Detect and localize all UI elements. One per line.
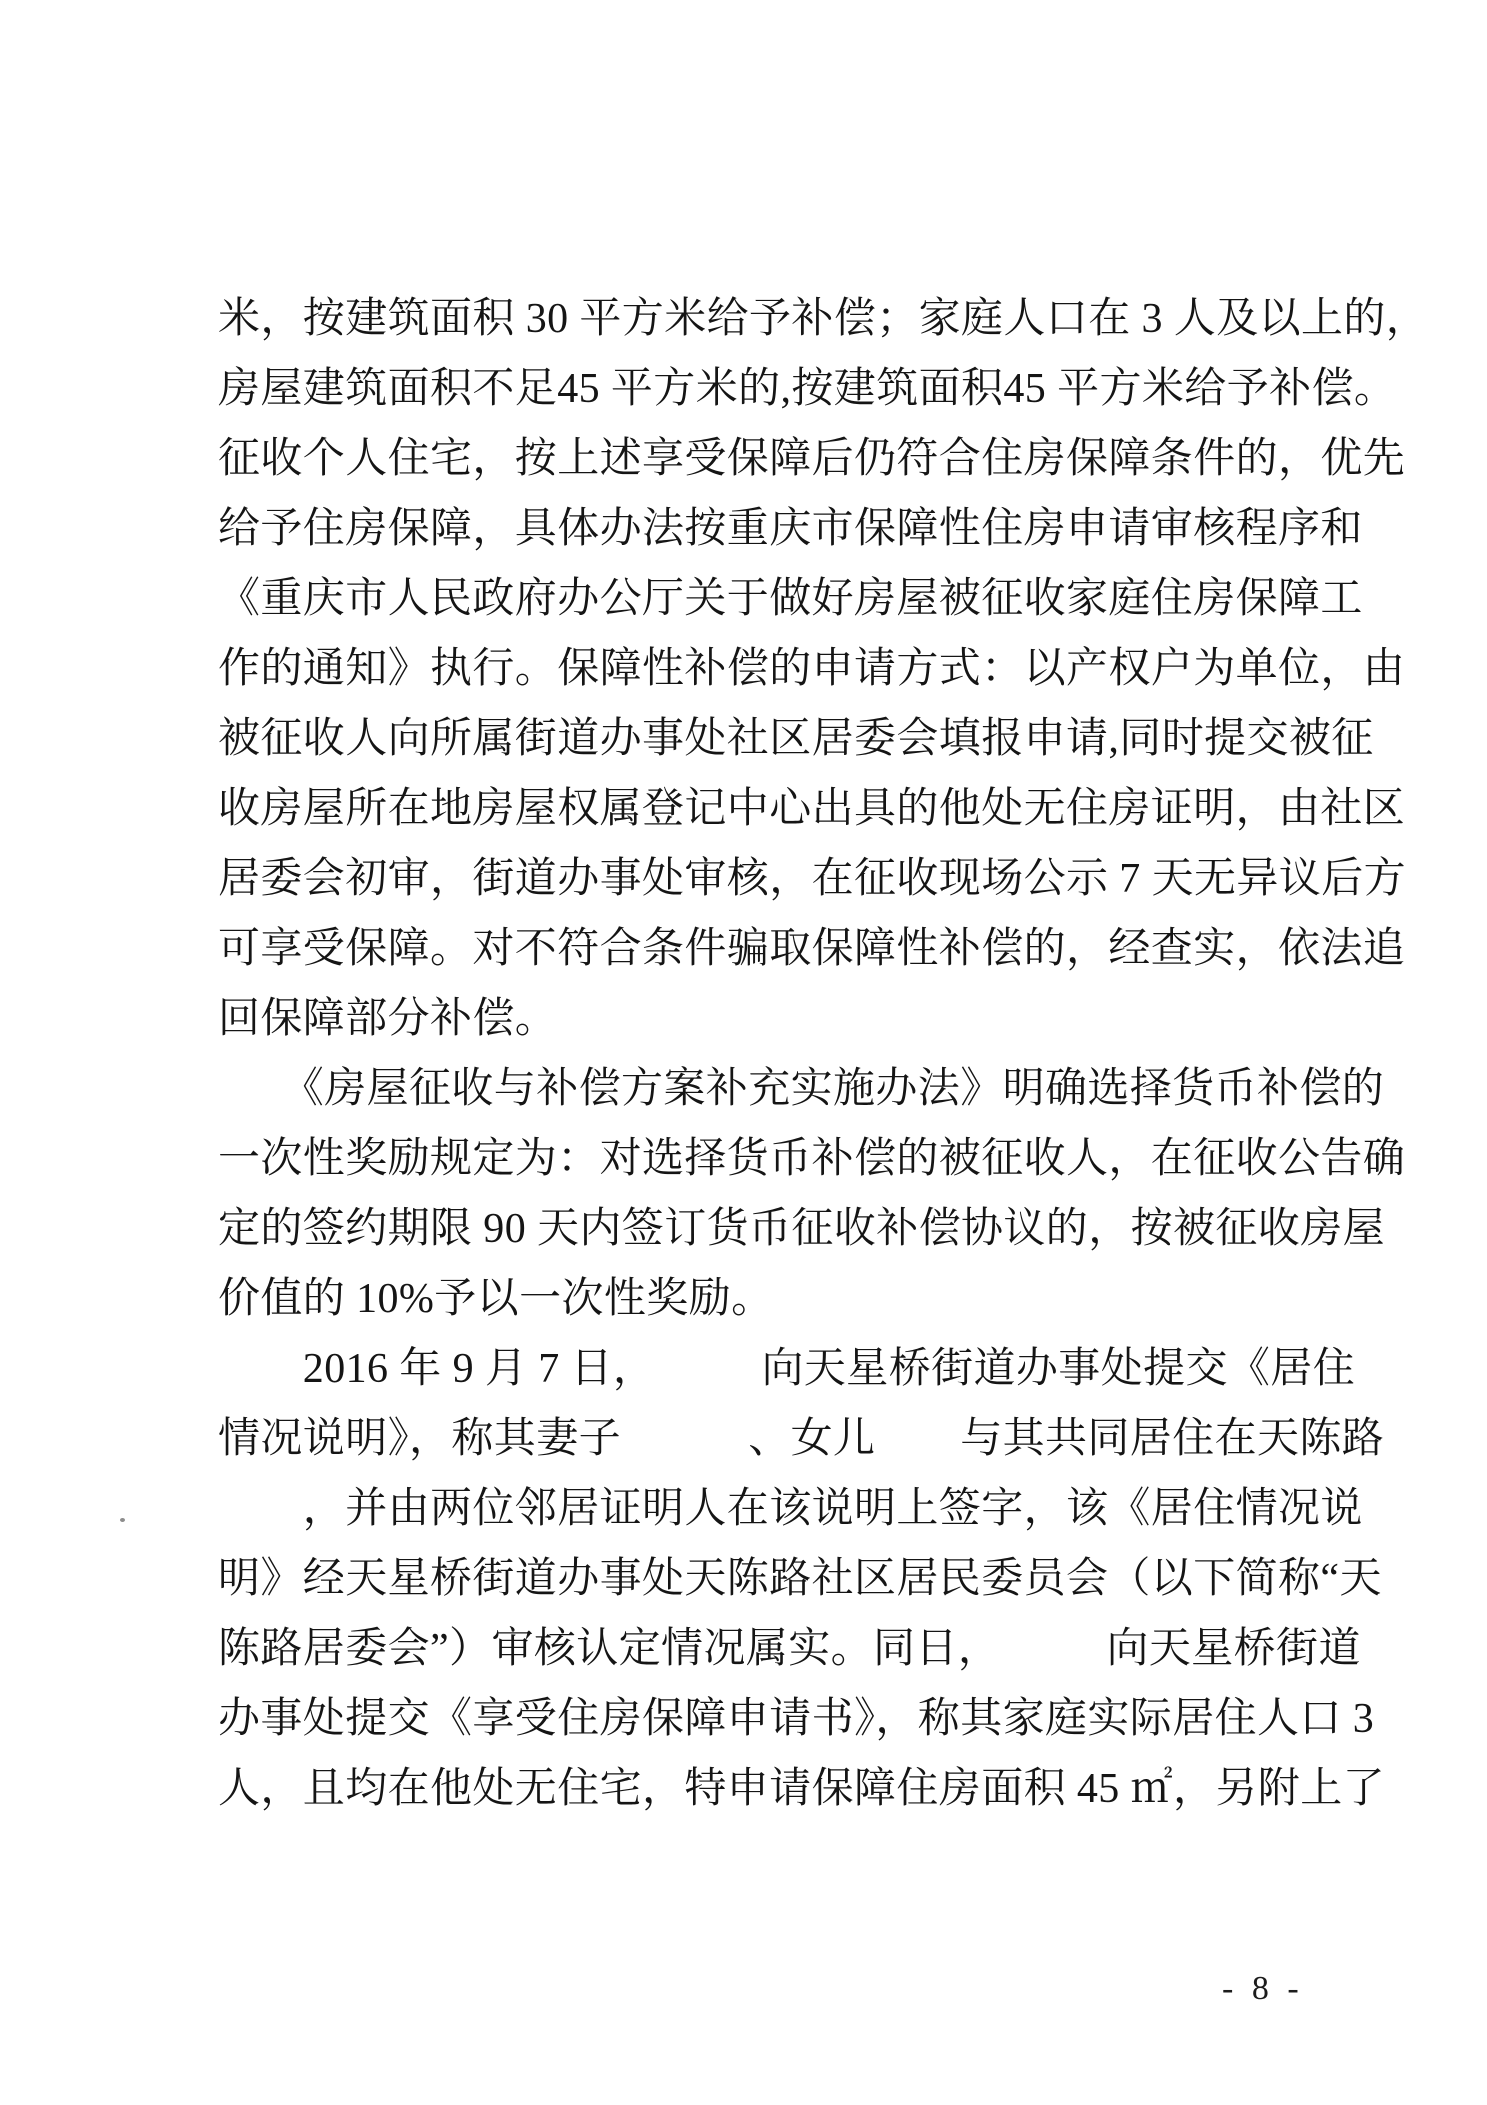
text-line: 价值的 10%予以一次性奖励。: [218, 1264, 1340, 1334]
text-line: 回保障部分补偿。: [218, 984, 1340, 1054]
text-line: 被征收人向所属街道办事处社区居委会填报申请,同时提交被征: [218, 704, 1340, 774]
text-line: ，并由两位邻居证明人在该说明上签字，该《居住情况说: [218, 1474, 1340, 1544]
text-line: 收房屋所在地房屋权属登记中心出具的他处无住房证明，由社区: [218, 774, 1340, 844]
text-line: 一次性奖励规定为：对选择货币补偿的被征收人，在征收公告确: [218, 1124, 1340, 1194]
text-line: 《房屋征收与补偿方案补充实施办法》明确选择货币补偿的: [218, 1054, 1340, 1124]
para-monetary-compensation-reward: 《房屋征收与补偿方案补充实施办法》明确选择货币补偿的一次性奖励规定为：对选择货币…: [218, 1054, 1340, 1334]
text-line: 办事处提交《享受住房保障申请书》，称其家庭实际居住人口 3: [218, 1684, 1340, 1754]
text-line: 给予住房保障，具体办法按重庆市保障性住房申请审核程序和: [218, 494, 1340, 564]
scanned-document-page: 米，按建筑面积 30 平方米给予补偿；家庭人口在 3 人及以上的，房屋建筑面积不…: [0, 0, 1487, 2105]
text-line: 居委会初审，街道办事处审核，在征收现场公示 7 天无异议后方: [218, 844, 1340, 914]
text-line: 可享受保障。对不符合条件骗取保障性补偿的，经查实，依法追: [218, 914, 1340, 984]
scan-speck-artifact: [120, 1518, 125, 1522]
text-line: 明》经天星桥街道办事处天陈路社区居民委员会（以下简称“天: [218, 1544, 1340, 1614]
page-number: - 8 -: [1222, 1970, 1304, 2008]
text-line: 房屋建筑面积不足45 平方米的,按建筑面积45 平方米给予补偿。: [218, 354, 1340, 424]
text-line: 2016 年 9 月 7 日， 向天星桥街道办事处提交《居住: [218, 1334, 1340, 1404]
para-housing-security-compensation: 米，按建筑面积 30 平方米给予补偿；家庭人口在 3 人及以上的，房屋建筑面积不…: [218, 284, 1340, 1054]
text-line: 作的通知》执行。保障性补偿的申请方式：以产权户为单位，由: [218, 634, 1340, 704]
para-2016-residence-application: 2016 年 9 月 7 日， 向天星桥街道办事处提交《居住情况说明》，称其妻子…: [218, 1334, 1340, 1824]
text-line: 陈路居委会”）审核认定情况属实。同日， 向天星桥街道: [218, 1614, 1340, 1684]
text-line: 人，且均在他处无住宅，特申请保障住房面积 45 ㎡，另附上了: [218, 1754, 1340, 1824]
document-body: 米，按建筑面积 30 平方米给予补偿；家庭人口在 3 人及以上的，房屋建筑面积不…: [218, 284, 1340, 1824]
text-line: 米，按建筑面积 30 平方米给予补偿；家庭人口在 3 人及以上的，: [218, 284, 1340, 354]
text-line: 定的签约期限 90 天内签订货币征收补偿协议的，按被征收房屋: [218, 1194, 1340, 1264]
text-line: 征收个人住宅，按上述享受保障后仍符合住房保障条件的，优先: [218, 424, 1340, 494]
text-line: 《重庆市人民政府办公厅关于做好房屋被征收家庭住房保障工: [218, 564, 1340, 634]
text-line: 情况说明》，称其妻子 、女儿 与其共同居住在天陈路: [218, 1404, 1340, 1474]
